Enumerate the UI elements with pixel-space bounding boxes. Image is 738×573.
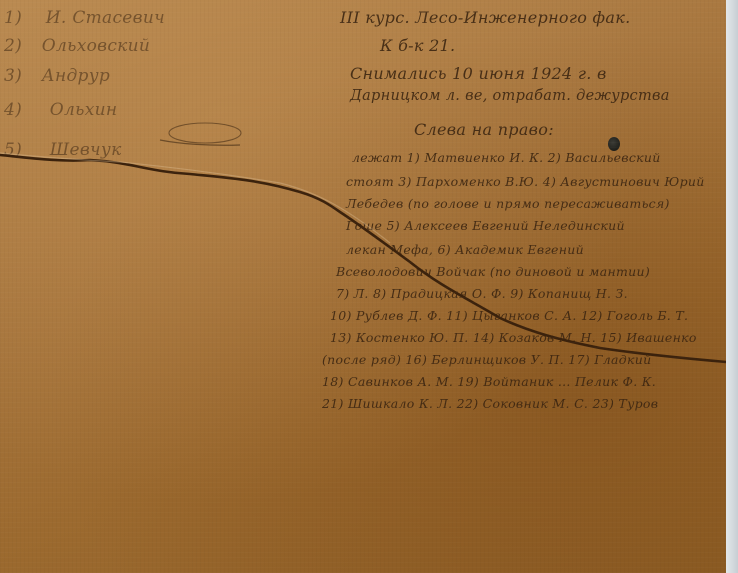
signature-number: 2)	[4, 36, 22, 56]
signature-2: 2) Ольховский	[4, 36, 150, 56]
caption-line-2: стоят 3) Пархоменко В.Ю. 4) Августинович…	[346, 174, 705, 189]
header-line-3: Снимались 10 июня 1924 г. в	[350, 64, 607, 83]
signature-4: 4) Ольхин	[4, 100, 117, 120]
caption-line-3: Лебедев (по голове и прямо пересаживатьс…	[346, 196, 670, 211]
signature-text: Андрур	[42, 66, 110, 86]
caption-line-11: 18) Савинков А. М. 19) Войтаник ... Пели…	[322, 374, 656, 389]
header-line-2: К б-к 21.	[380, 36, 455, 55]
signature-number: 5)	[4, 140, 22, 160]
caption-line-6: Всеволодович Войчак (по диновой и мантии…	[336, 264, 650, 279]
signature-text: Шевчук	[50, 140, 122, 160]
caption-line-7: 7) Л. 8) Прадицкая О. Ф. 9) Копанищ Н. З…	[336, 286, 628, 301]
header-line-1: III курс. Лесо-Инженерного фак.	[340, 8, 630, 27]
caption-line-5: лекан Мефа, 6) Академик Евгений	[346, 242, 584, 257]
subtitle: Слева на право:	[414, 120, 554, 139]
signature-text: Ольхин	[50, 100, 118, 120]
background-edge	[726, 0, 738, 573]
pin-hole	[608, 137, 620, 151]
signature-5: 5) Шевчук	[4, 140, 122, 160]
signature-text: Ольховский	[42, 36, 150, 56]
caption-line-9: 13) Костенко Ю. П. 14) Козаков М. Н. 15)…	[330, 330, 697, 345]
caption-line-12: 21) Шишкало К. Л. 22) Соковник М. С. 23)…	[322, 396, 658, 411]
header-line-4: Дарницком л. ве, отрабат. дежурства	[350, 88, 670, 104]
caption-line-4: Гоше 5) Алексеев Евгений Нелединский	[346, 218, 625, 233]
signature-number: 1)	[4, 8, 22, 28]
cardboard-photo-mount: 1) И. Стасевич 2) Ольховский 3) Андрур 4…	[0, 0, 728, 573]
signature-1: 1) И. Стасевич	[4, 8, 165, 28]
caption-line-1: лежат 1) Матвиенко И. К. 2) Васильевский	[352, 150, 661, 165]
caption-line-8: 10) Рублев Д. Ф. 11) Цыганков С. А. 12) …	[330, 308, 688, 323]
signature-text: И. Стасевич	[46, 8, 165, 28]
signature-number: 3)	[4, 66, 22, 86]
caption-line-10: (после ряд) 16) Берлинщиков У. П. 17) Гл…	[322, 352, 651, 367]
signature-number: 4)	[4, 100, 22, 120]
signature-3: 3) Андрур	[4, 66, 110, 86]
